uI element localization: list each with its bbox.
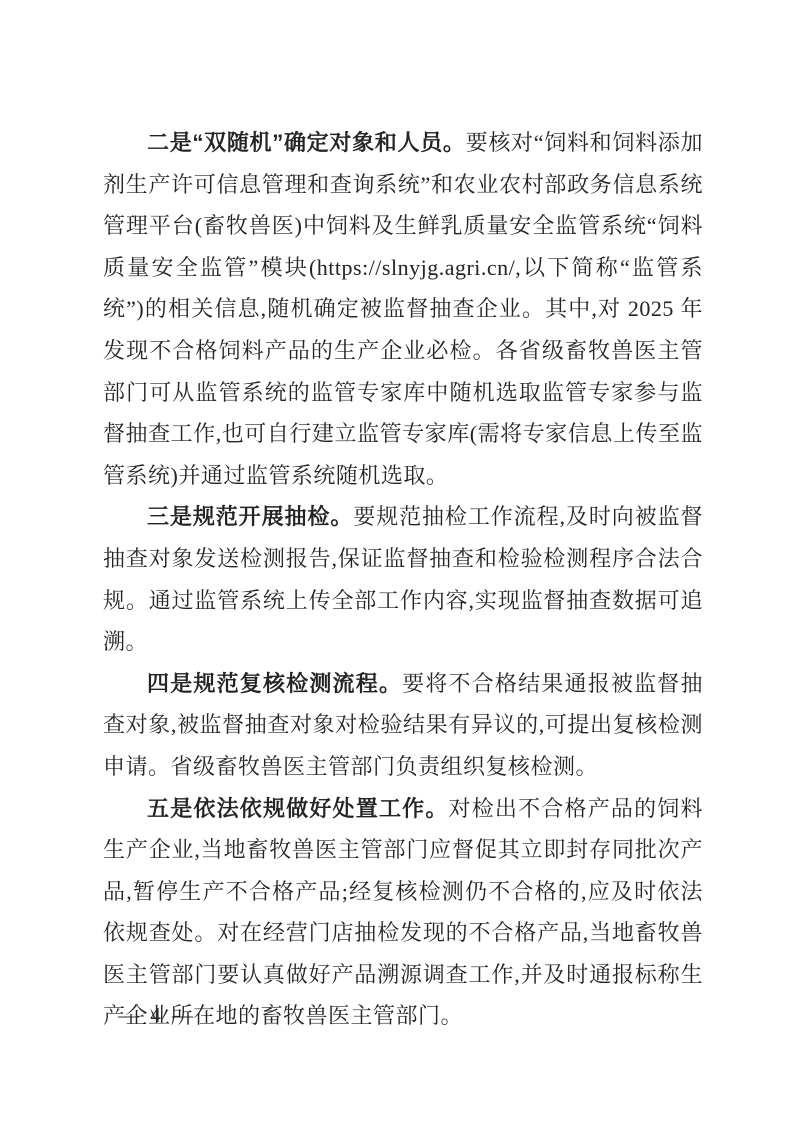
paragraph-5-lead: 五是依法依规做好处置工作。 [147,796,449,821]
document-page: 二是“双随机”确定对象和人员。要核对“饲料和饲料添加剂生产许可信息管理和查询系统… [0,0,794,1123]
document-body: 二是“双随机”确定对象和人员。要核对“饲料和饲料添加剂生产许可信息管理和查询系统… [103,122,703,1037]
paragraph-4-lead: 四是规范复核检测流程。 [147,671,402,696]
paragraph-2-lead: 二是“双随机”确定对象和人员。 [147,130,466,155]
paragraph-2-text: 要核对“饲料和饲料添加剂生产许可信息管理和查询系统”和农业农村部政务信息系统管理… [103,130,703,488]
page-number: — 4 — [118,1003,196,1028]
paragraph-5-text: 对检出不合格产品的饲料生产企业,当地畜牧兽医主管部门应督促其立即封存同批次产品,… [103,796,703,1029]
paragraph-4: 四是规范复核检测流程。要将不合格结果通报被监督抽查对象,被监督抽查对象对检验结果… [103,663,703,788]
paragraph-3: 三是规范开展抽检。要规范抽检工作流程,及时向被监督抽查对象发送检测报告,保证监督… [103,496,703,662]
paragraph-2: 二是“双随机”确定对象和人员。要核对“饲料和饲料添加剂生产许可信息管理和查询系统… [103,122,703,496]
paragraph-3-lead: 三是规范开展抽检。 [147,504,353,529]
paragraph-5: 五是依法依规做好处置工作。对检出不合格产品的饲料生产企业,当地畜牧兽医主管部门应… [103,788,703,1038]
